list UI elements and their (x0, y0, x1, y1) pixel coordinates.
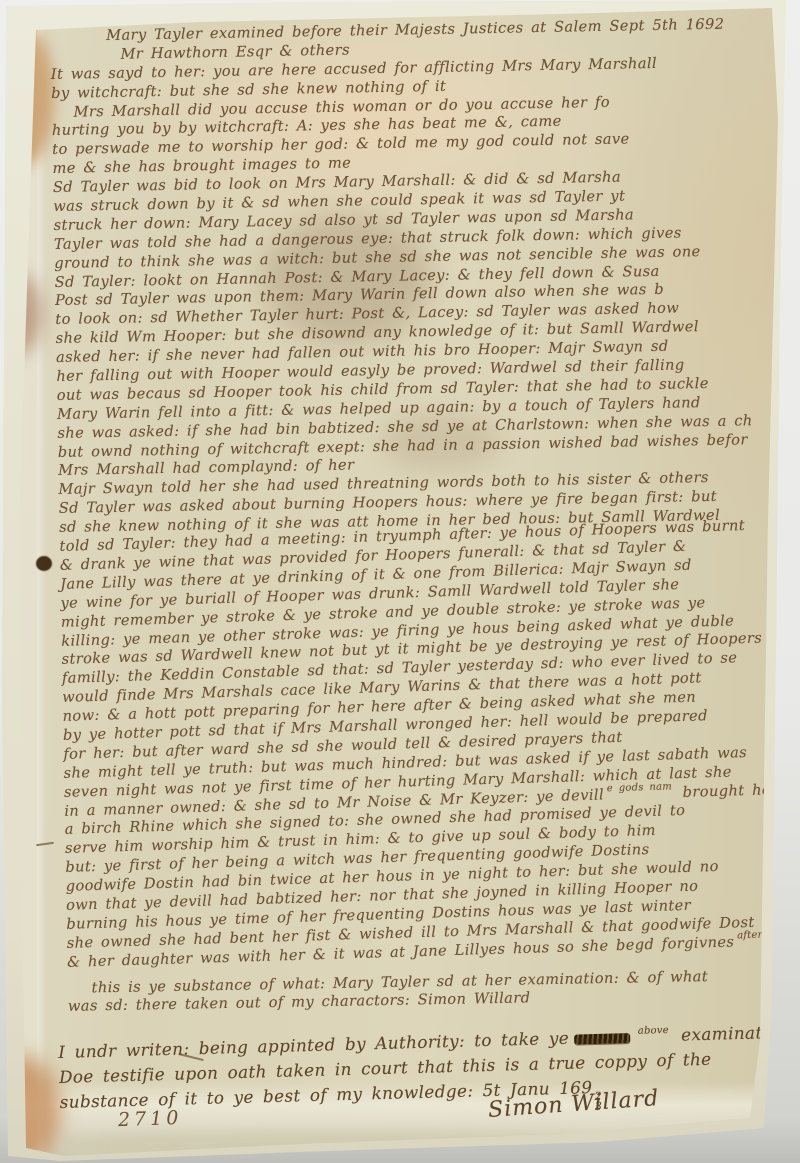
photo-backdrop: Mary Tayler examined before their Majest… (0, 0, 800, 1163)
ink-blot-stain (36, 556, 52, 571)
archive-number: 2710 (118, 1107, 183, 1131)
line-text: brought her (675, 781, 779, 801)
interlined-insertion: above (638, 1025, 669, 1037)
struck-out-word (574, 1033, 630, 1045)
margin-pen-mark (36, 842, 54, 846)
manuscript-body-text: Mary Tayler examined before their Majest… (50, 15, 788, 1017)
interlined-insertion: e gods nam (607, 781, 672, 794)
manuscript-paper: Mary Tayler examined before their Majest… (0, 0, 800, 1163)
line-text: Mr Hawthorn Esqr & others (120, 41, 350, 62)
